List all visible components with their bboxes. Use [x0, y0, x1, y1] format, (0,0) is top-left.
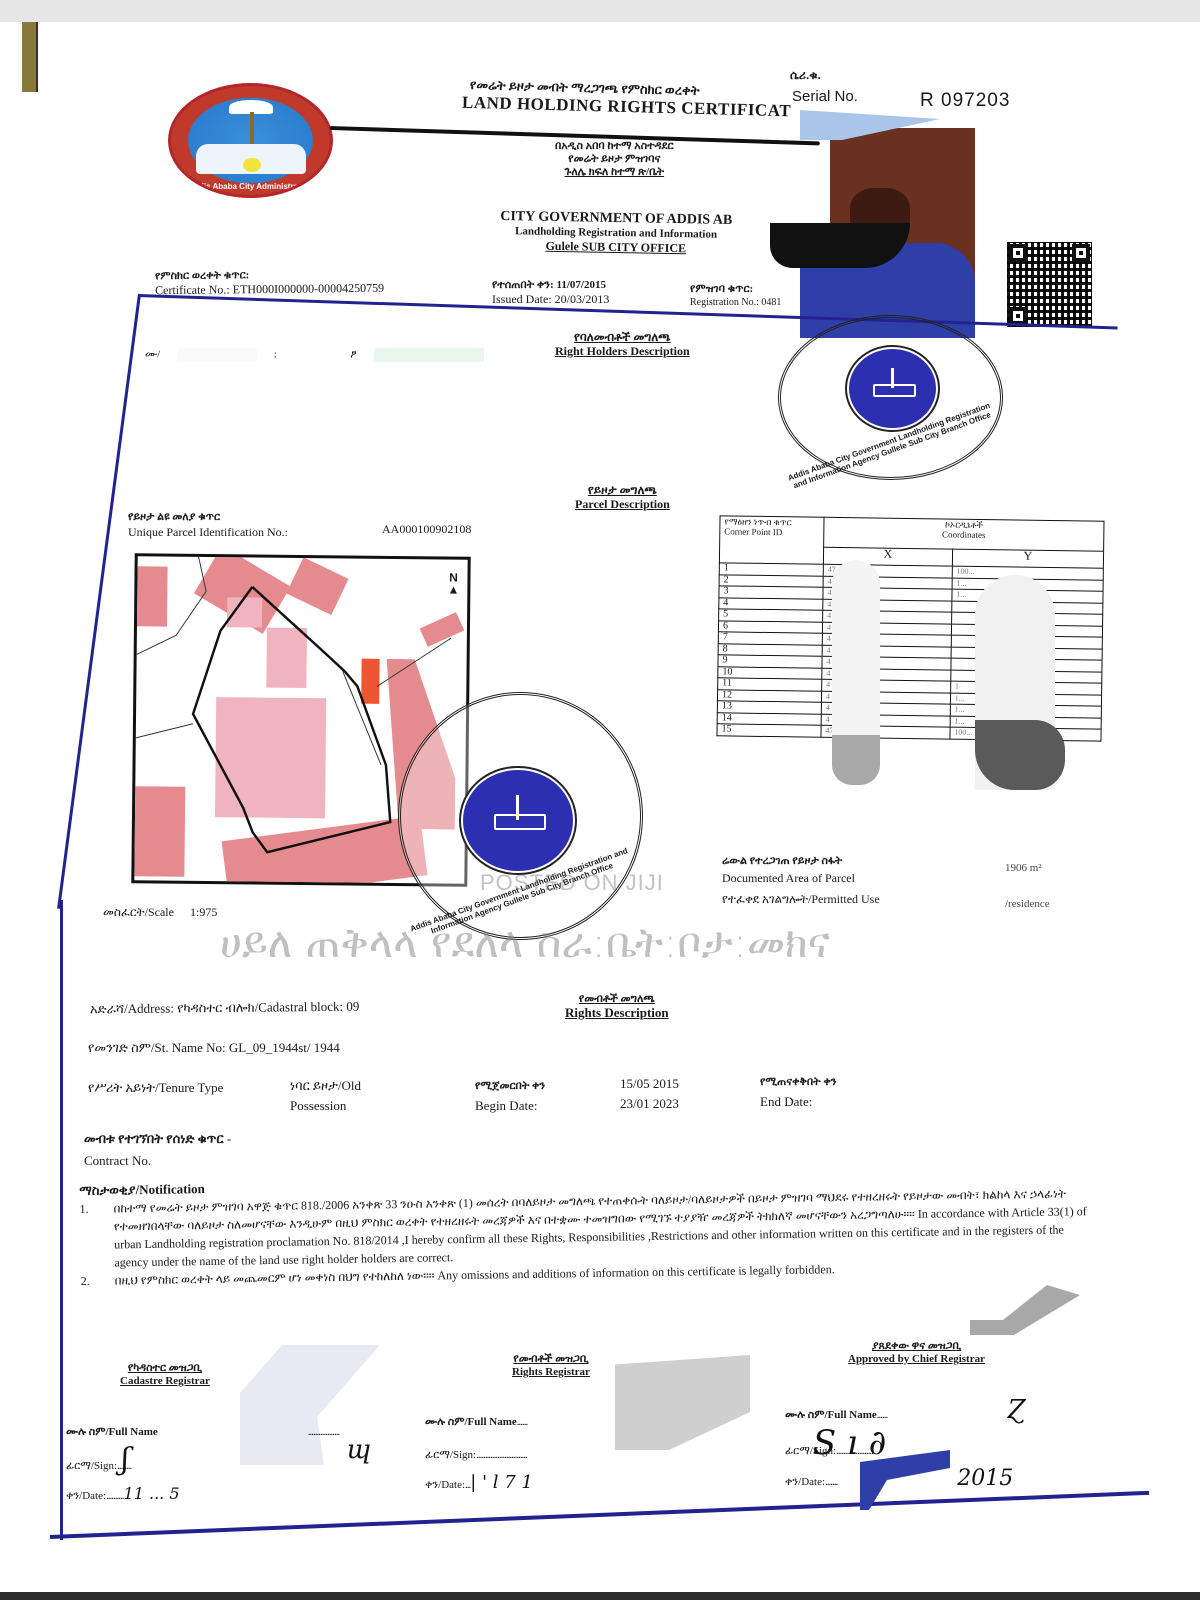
contract-label: Contract No.	[84, 1150, 231, 1172]
permitted-use-value: /residence	[1005, 898, 1050, 910]
end-label: End Date:	[760, 1092, 836, 1112]
addis-ababa-logo: Addis Ababa City Administration	[168, 83, 333, 198]
office-am-line-1: በአዲስ አበባ ከተማ አስተዳደር	[555, 140, 674, 153]
signature-block-chief: ሙሉ ስም/Full Name......Ɀ ፊርማ/Sign:........…	[785, 1396, 1025, 1496]
tenure-type-value: ነባር ይዞታ/Old Possession	[290, 1076, 361, 1116]
rights-registrar-heading: የመብቶች መዝጋቢ Rights Registrar	[512, 1353, 590, 1379]
frame-border	[57, 294, 141, 909]
issued-value-am: 11/07/2015	[556, 279, 606, 291]
area-value: 1906 m²	[1005, 862, 1042, 874]
permitted-use-label: የተፈቀደ አገልግሎት/Permitted Use	[722, 891, 880, 908]
official-stamp: Addis Ababa City Government Landholding …	[778, 315, 1003, 480]
issued-value: 20/03/2013	[555, 292, 610, 306]
notification-number: 2.	[81, 1271, 115, 1290]
begin-label: Begin Date:	[475, 1096, 545, 1116]
page-edge	[22, 22, 38, 92]
serial-label-am: ሴሪ.ቁ.	[790, 68, 821, 83]
rights-heading-am: የመብቶች መግለጫ	[565, 992, 669, 1006]
scale-label: መስፈርት/Scale	[103, 905, 174, 919]
y-coordinates-redaction	[975, 575, 1055, 790]
begin-value-ethiopian: 15/05 2015	[620, 1074, 679, 1094]
upin-value: AA000100902108	[382, 522, 471, 537]
handwritten-date: 2015	[957, 1466, 1013, 1491]
full-name-label: ሙሉ ስም/Full Name	[785, 1409, 877, 1421]
role-en: Rights Registrar	[512, 1366, 590, 1379]
parcel-heading: የይዞታ መግለጫ Parcel Description	[575, 483, 670, 511]
signature-scrawl: ɰ	[347, 1435, 372, 1465]
redaction-shape	[800, 110, 940, 140]
signature-scrawl: S ı ∂	[813, 1423, 886, 1463]
north-arrow-icon: N▲	[447, 572, 459, 596]
parcel-heading-am: የይዞታ መግለጫ	[575, 483, 670, 497]
issued-label: Issued Date:	[492, 292, 552, 306]
certificate-no-value: ETH000I000000-00004250759	[233, 281, 384, 297]
right-holders-heading-en: Right Holders Description	[555, 344, 690, 358]
begin-value-gregorian: 23/01 2023	[620, 1094, 679, 1114]
holder-name-prefix: ሙ/	[145, 349, 160, 361]
building-icon	[494, 814, 546, 830]
redaction-shape	[970, 1285, 1080, 1335]
handwritten-date: | ' l 7 1	[470, 1472, 533, 1493]
separator: :	[274, 349, 277, 361]
top-bar	[0, 0, 1200, 22]
address-line: አድራሻ/Address: የካዳስተር ብሎክ/Cadastral block…	[90, 999, 360, 1018]
name-redaction	[177, 348, 257, 362]
date-label: ቀን/Date:	[66, 1490, 106, 1502]
role-am: የካዳስተር መዝጋቢ	[120, 1362, 210, 1375]
rights-heading: የመብቶች መግለጫ Rights Description	[565, 992, 669, 1020]
qr-code	[1005, 240, 1094, 329]
registration-number: የምዝገባ ቁጥር: Registration No.: 0481	[690, 282, 781, 310]
end-label-am: የሚጠናቀቅበት ቀን	[760, 1072, 836, 1092]
begin-label-am: የሚጀመርበት ቀን	[475, 1076, 545, 1096]
registration-label-am: የምዝገባ ቁጥር:	[690, 282, 781, 296]
notification-section: ማስታወቂያ/Notification 1. በከተማ የመሬት ይዞታ ምዝገ…	[79, 1166, 1101, 1290]
date-label: ቀን/Date:	[425, 1479, 465, 1491]
right-holders-heading-am: የባለመብቶች መግለጫ	[555, 330, 690, 344]
map-scale: መስፈርት/Scale1:975	[103, 905, 217, 920]
x-coordinates-redaction	[832, 560, 880, 785]
street-line: የመንገድ ስም/St. Name No: GL_09_1944st/ 1944	[88, 1040, 340, 1056]
stamp-emblem	[461, 768, 575, 874]
role-en: Cadastre Registrar	[120, 1375, 210, 1388]
date-label: ቀን/Date:	[785, 1476, 825, 1488]
city-government-block: CITY GOVERNMENT OF ADDIS AB Landholding …	[500, 210, 733, 256]
handwritten-date: 11 ... 5	[124, 1484, 180, 1503]
logo-text: Addis Ababa City Administration	[171, 182, 330, 191]
issued-label-am: የተሰጠበት ቀን:	[492, 279, 554, 291]
signature-block-rights: ሙሉ ስም/Full Name...... ፊርማ/Sign:.........…	[425, 1408, 533, 1499]
full-name-label: ሙሉ ስም/Full Name	[425, 1416, 517, 1428]
issued-date: የተሰጠበት ቀን: 11/07/2015 Issued Date: 20/03…	[492, 278, 609, 306]
sign-label: ፊርማ/Sign:	[425, 1449, 476, 1461]
role-am: ያጸደቀው ዋና መዝጋቢ	[848, 1340, 985, 1353]
serial-number: R 097203	[920, 90, 1010, 112]
watermark-caption: ሀይለ ጠቅላላ የደለላ ስራ:ቤት:ቦታ:መክና	[220, 918, 830, 968]
area-label-am: ሬውል የተረጋገጠ የይዞታ ስፋት	[722, 853, 880, 870]
signature-scrawl: Ɀ	[1007, 1395, 1025, 1425]
upin-label-am: የይዞታ ልዩ መለያ ቁጥር	[128, 510, 288, 525]
cadastral-block-value: 09	[346, 999, 359, 1014]
frame-border	[60, 900, 63, 1540]
serial-label: Serial No.	[792, 88, 858, 105]
right-holders-heading: የባለመብቶች መግለጫ Right Holders Description	[555, 330, 690, 358]
tenure-value-line-1: ነባር ይዞታ/Old	[290, 1076, 361, 1096]
area-label: Documented Area of Parcel	[722, 870, 880, 887]
registration-label: Registration No.:	[690, 297, 759, 308]
cadastre-registrar-heading: የካዳስተር መዝጋቢ Cadastre Registrar	[120, 1362, 210, 1388]
signature-block-cadastre: ሙሉ ስም/Full Name.................. ፊርማ/Si…	[66, 1418, 339, 1510]
contract-number: መብቱ የተገኘበት የሰነድ ቁጥር - Contract No.	[84, 1128, 231, 1172]
office-am-line-2: የመሬት ይዞታ ምዝገባና	[555, 153, 674, 166]
tenure-value-line-2: Possession	[290, 1096, 361, 1116]
holder-photo-redacted	[830, 128, 975, 338]
y-header: Y	[952, 549, 1103, 568]
gender-prefix: ፆ	[350, 349, 356, 361]
upin-label-block: የይዞታ ልዩ መለያ ቁጥር Unique Parcel Identifica…	[128, 510, 288, 540]
tenure-type-label: የሥሪት አይነት/Tenure Type	[88, 1080, 223, 1096]
signature-scrawl: ʃ	[121, 1442, 129, 1477]
full-name-label: ሙሉ ስም/Full Name	[66, 1426, 158, 1438]
gender-redaction	[374, 348, 484, 362]
begin-date-label: የሚጀመርበት ቀን Begin Date:	[475, 1076, 545, 1116]
certificate-title: LAND HOLDING RIGHTS CERTIFICAT	[462, 93, 792, 122]
corner-point-header: የማዕዘን ነጥብ ቁጥርCorner Point ID	[719, 516, 824, 564]
scale-value: 1:975	[190, 905, 217, 919]
street-label: የመንገድ ስም/St. Name No:	[88, 1040, 226, 1055]
role-am: የመብቶች መዝጋቢ	[512, 1353, 590, 1366]
watermark-posted: POSTED ON JIJI	[480, 870, 664, 896]
stamp-emblem	[847, 347, 939, 431]
contract-value: -	[227, 1131, 231, 1146]
street-value: GL_09_1944st/ 1944	[229, 1040, 340, 1055]
begin-date-value: 15/05 2015 23/01 2023	[620, 1074, 679, 1114]
certificate-number: የምስክር ወረቀት ቁጥር: Certificate No.: ETH000I…	[155, 267, 384, 297]
end-date-label: የሚጠናቀቅበት ቀን End Date:	[760, 1072, 836, 1112]
contract-label-am: መብቱ የተገኘበት የሰነድ ቁጥር	[84, 1131, 224, 1146]
address-label: አድራሻ/Address: የካዳስተር ብሎክ/Cadastral block…	[90, 999, 343, 1017]
holder-name-row: ሙ/ : ፆ	[145, 348, 498, 362]
coordinates-header: ኮኦርዲኔቶችCoordinates	[824, 517, 1104, 551]
sign-label: ፊርማ/Sign:	[66, 1460, 117, 1472]
name-redaction	[294, 348, 334, 362]
qr-finder	[1009, 244, 1027, 262]
chief-registrar-heading: ያጸደቀው ዋና መዝጋቢ Approved by Chief Registra…	[848, 1340, 985, 1366]
area-block: ሬውል የተረጋገጠ የይዞታ ስፋት Documented Area of P…	[722, 853, 880, 908]
office-amharic: በአዲስ አበባ ከተማ አስተዳደር የመሬት ይዞታ ምዝገባና ጉለሌ ክ…	[555, 140, 674, 179]
qr-finder	[1072, 244, 1090, 262]
upin-label: Unique Parcel Identification No.:	[128, 525, 288, 540]
coordinate-point-id: 15	[717, 724, 821, 737]
notification-number: 1.	[79, 1199, 114, 1272]
role-en: Approved by Chief Registrar	[848, 1353, 985, 1366]
rights-heading-en: Rights Description	[565, 1006, 669, 1020]
bottom-bar	[0, 1592, 1200, 1600]
building-icon	[873, 384, 916, 398]
parcel-heading-en: Parcel Description	[575, 497, 670, 511]
official-stamp: Addis Ababa City Government Landholding …	[398, 692, 643, 940]
registration-value: 0481	[761, 297, 781, 308]
redaction-shape	[615, 1355, 750, 1450]
office-am-line-3: ጉለሌ ክፍለ ከተማ ጽ/ቤት	[555, 166, 674, 179]
sun-icon	[243, 158, 261, 172]
